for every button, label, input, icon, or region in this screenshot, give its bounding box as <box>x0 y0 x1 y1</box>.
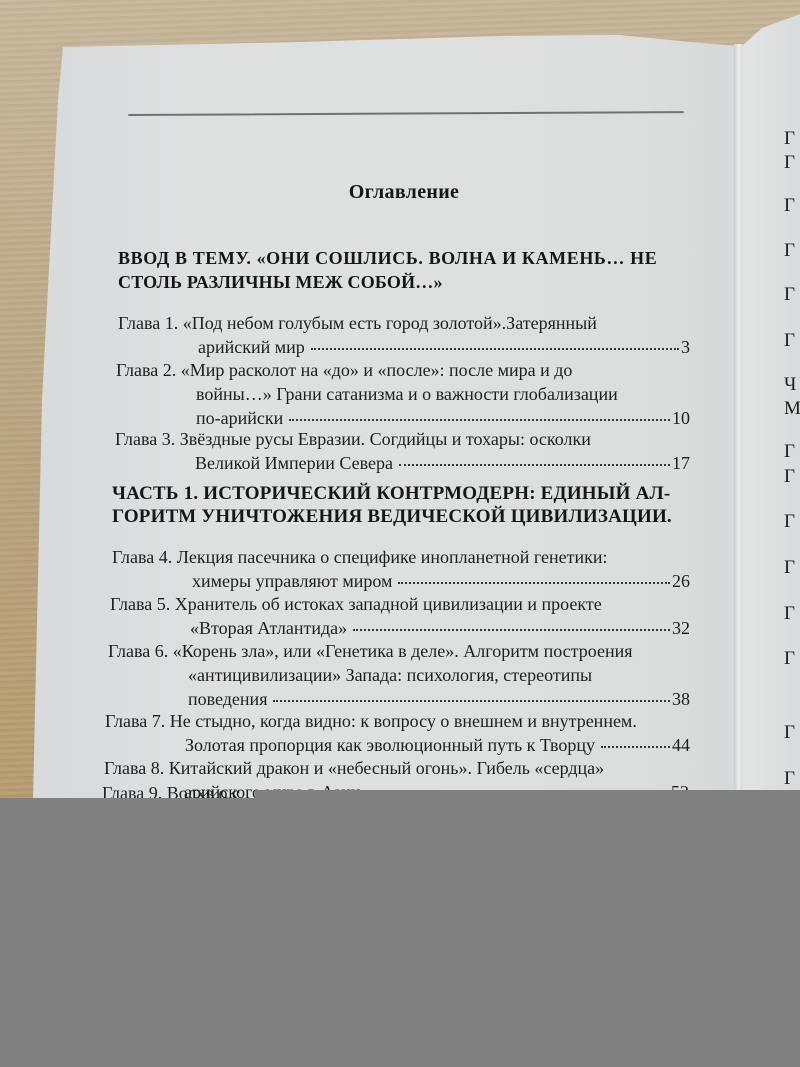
right-page-line-start: Г <box>784 466 795 488</box>
right-page-line-start: Г <box>784 284 795 306</box>
toc-page-number: 32 <box>672 616 690 640</box>
toc-entry-title: Глава 6. «Корень зла», или «Генетика в д… <box>108 639 633 663</box>
toc-entry[interactable]: Глава 3. Звёздные русы Евразии. Согдийцы… <box>115 427 690 475</box>
right-page-line-start: Ч <box>784 374 796 396</box>
leader-dots <box>273 682 670 702</box>
toc-entry-title-continued: Великой Империи Севера <box>115 451 393 475</box>
section-heading-intro: ВВОД В ТЕМУ. «ОНИ СОШЛИСЬ. ВОЛНА И КАМЕН… <box>118 246 690 294</box>
toc-entry[interactable]: Глава 4. Лекция пасечника о специфике ин… <box>112 545 690 593</box>
leader-dots <box>399 446 670 466</box>
section-heading-part-1: ЧАСТЬ 1. ИСТОРИЧЕСКИЙ КОНТРМОДЕРН: ЕДИНЫ… <box>112 482 696 528</box>
right-page-line-start: Г <box>784 128 795 150</box>
right-page-line-start: Г <box>784 722 795 744</box>
toc-entry-title-continued: арийский мир <box>118 335 305 359</box>
right-page-line-start: Г <box>784 557 795 579</box>
right-page-line-start: Г <box>784 511 795 533</box>
leader-dots <box>353 611 670 631</box>
toc-entry[interactable]: Глава 6. «Корень зла», или «Генетика в д… <box>108 639 690 711</box>
right-page-line-start: М <box>784 398 800 420</box>
redaction-block <box>0 798 800 1067</box>
leader-dots <box>289 401 670 421</box>
leader-dots <box>311 330 679 350</box>
toc-page-number: 26 <box>672 569 690 593</box>
toc-entry-title: Глава 2. «Мир расколот на «до» и «после»… <box>116 358 572 382</box>
toc-entry[interactable]: Глава 5. Хранитель об истоках западной ц… <box>110 592 690 640</box>
toc-entry[interactable]: Глава 1. «Под небом голубым есть город з… <box>118 311 690 359</box>
toc-entry-title: Глава 7. Не стыдно, когда видно: к вопро… <box>105 709 637 733</box>
leader-dots <box>601 728 670 748</box>
right-page-line-start: Г <box>784 768 795 790</box>
right-page-line-start: Г <box>784 330 795 352</box>
right-page-line-start: Г <box>784 240 795 262</box>
toc-entry[interactable]: Глава 7. Не стыдно, когда видно: к вопро… <box>105 709 690 757</box>
right-page-line-start: Г <box>784 152 795 174</box>
toc-entry[interactable]: Глава 2. «Мир расколот на «до» и «после»… <box>116 358 690 430</box>
toc-title: Оглавление <box>0 181 800 204</box>
toc-entry-title-continued: поведения <box>108 687 267 711</box>
leader-dots <box>398 564 670 584</box>
toc-page-number: 44 <box>672 733 690 757</box>
toc-entry-title-continued: Золотая пропорция как эволюционный путь … <box>105 733 595 757</box>
toc-entry-title-continued: «Вторая Атлантида» <box>110 616 347 640</box>
right-page-line-start: Г <box>784 441 795 463</box>
toc-page-number: 38 <box>672 687 690 711</box>
toc-page-number: 3 <box>681 335 690 359</box>
right-page-line-start: Г <box>784 648 795 670</box>
right-page-line-start: Г <box>784 603 795 625</box>
toc-page-number: 17 <box>672 451 690 475</box>
toc-entry-title-continued: химеры управляют миром <box>112 569 392 593</box>
